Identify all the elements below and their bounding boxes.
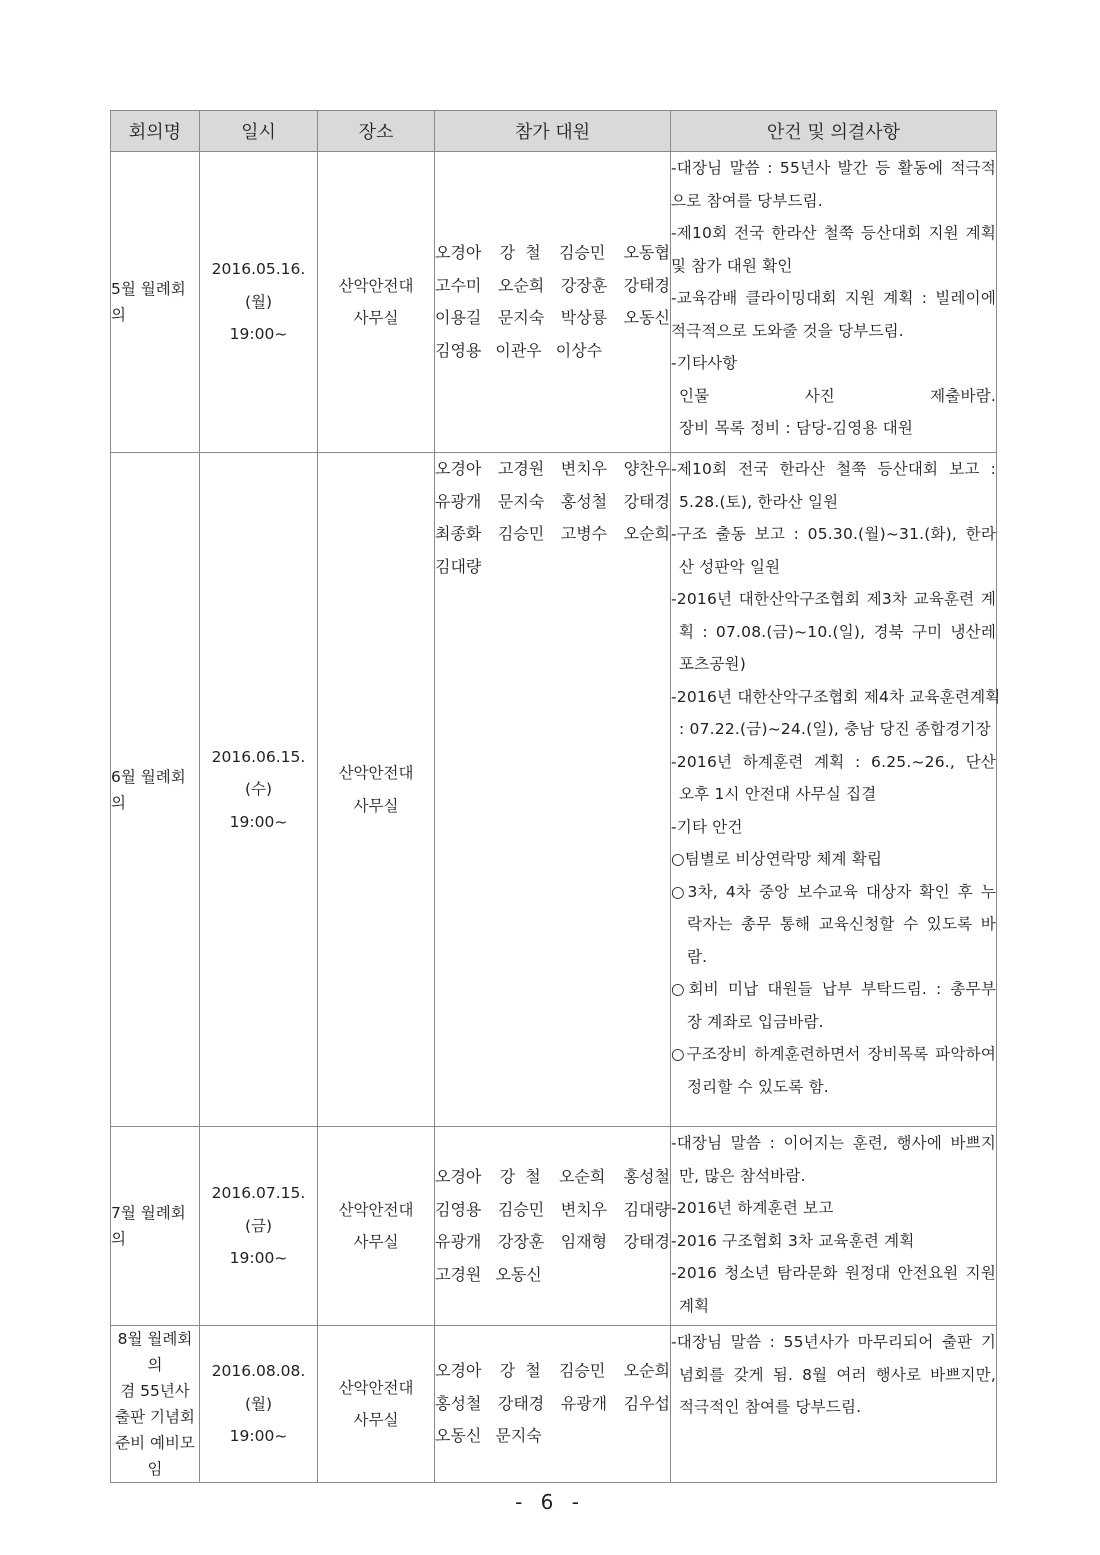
agenda-line: 5.28.(토), 한라산 일원 [671, 486, 996, 519]
agenda-line: -제10회 전국 한라산 철쭉 등산대회 보고 : [671, 453, 996, 486]
member-name: 최종화 [435, 518, 481, 551]
member-name: 이관우 [495, 335, 541, 368]
agenda-line: -2016 구조협회 3차 교육훈련 계획 [671, 1225, 996, 1258]
place-line: 산악안전대 [318, 1372, 434, 1405]
member-name: 홍성철 [435, 1388, 481, 1421]
members-cell: 오경아고경원변치우양찬우유광개문지숙홍성철강태경최종화김승민고병수오순희김대량 [435, 453, 671, 1127]
meeting-name-line: 5월 월례회의 [111, 276, 199, 328]
agenda-line: -대장님 말씀 : 이어지는 훈련, 행사에 바쁘지 [671, 1127, 996, 1160]
member-name: 김승민 [559, 237, 605, 270]
agenda-line: 락자는 총무 통해 교육신청할 수 있도록 바 [671, 908, 996, 941]
member-line: 오경아강 철김승민오동협 [435, 237, 670, 270]
member-name: 오경아 [435, 1355, 481, 1388]
member-name: 변치우 [561, 1194, 607, 1227]
member-name: 오경아 [435, 237, 481, 270]
header-members: 참가 대원 [435, 111, 671, 152]
meeting-name-cell: 7월 월례회의 [111, 1127, 200, 1326]
member-name: 오동신 [435, 1420, 481, 1453]
meeting-time: 19:00~ [200, 318, 317, 351]
member-name: 고수미 [435, 270, 481, 303]
members-cell: 오경아강 철김승민오동협고수미오순희강장훈강태경이용길문지숙박상룡오동신김영용이… [435, 152, 671, 453]
meeting-time: 19:00~ [200, 1242, 317, 1275]
member-name: 김대량 [624, 1194, 670, 1227]
place-line: 사무실 [318, 302, 434, 335]
member-name: 이용길 [435, 302, 481, 335]
member-line: 김영용이관우이상수 [435, 335, 670, 368]
member-name: 김승민 [498, 518, 544, 551]
member-name: 홍성철 [561, 486, 607, 519]
agenda-line: 포츠공원) [671, 648, 996, 681]
place-line: 사무실 [318, 1404, 434, 1437]
meeting-name-line: 겸 55년사 [111, 1378, 199, 1404]
page-number: - 6 - [0, 1490, 1100, 1514]
member-name: 오동신 [624, 302, 670, 335]
member-line: 김영용김승민변치우김대량 [435, 1194, 670, 1227]
member-name: 오경아 [435, 1161, 481, 1194]
member-name: 문지숙 [498, 486, 544, 519]
member-name: 이상수 [556, 335, 602, 368]
agenda-line: -기타 안건 [671, 811, 996, 844]
table-row: 5월 월례회의2016.05.16.(월)19:00~산악안전대사무실오경아강 … [111, 152, 997, 453]
member-name: 강태경 [624, 486, 670, 519]
member-name: 강태경 [498, 1388, 544, 1421]
member-line: 오동신문지숙 [435, 1420, 670, 1453]
member-name: 김영용 [435, 1194, 481, 1227]
member-name: 오순희 [498, 270, 544, 303]
place-cell: 산악안전대사무실 [318, 152, 435, 453]
member-name: 고경원 [498, 453, 544, 486]
datetime-cell: 2016.06.15.(수)19:00~ [200, 453, 318, 1127]
member-line: 김대량 [435, 551, 670, 584]
meeting-name-cell: 6월 월례회의 [111, 453, 200, 1127]
agenda-line: -교육감배 클라이밍대회 지원 계획 : 빌레이에 [671, 282, 996, 315]
table-header-row: 회의명 일시 장소 참가 대원 안건 및 의결사항 [111, 111, 997, 152]
agenda-cell: -대장님 말씀 : 55년사 발간 등 활동에 적극적으로 참여를 당부드림.-… [671, 152, 997, 453]
member-name: 변치우 [561, 453, 607, 486]
agenda-line: -대장님 말씀 : 55년사가 마무리되어 출판 기 [671, 1326, 996, 1359]
member-line: 오경아강 철오순희홍성철 [435, 1161, 670, 1194]
member-name: 강장훈 [561, 270, 607, 303]
member-name: 강 철 [500, 1355, 541, 1388]
member-name: 오경아 [435, 453, 481, 486]
member-name: 홍성철 [624, 1161, 670, 1194]
meeting-date: 2016.08.08.(월) [200, 1355, 317, 1420]
member-name: 강 철 [500, 1161, 541, 1194]
place-line: 사무실 [318, 790, 434, 823]
member-name: 김승민 [498, 1194, 544, 1227]
datetime-cell: 2016.08.08.(월)19:00~ [200, 1326, 318, 1483]
datetime-cell: 2016.05.16.(월)19:00~ [200, 152, 318, 453]
member-name: 유광개 [561, 1388, 607, 1421]
agenda-line: : 07.22.(금)~24.(일), 충남 당진 종합경기장 [671, 713, 996, 746]
agenda-line: 적극적으로 도와줄 것을 당부드림. [671, 315, 996, 348]
header-agenda: 안건 및 의결사항 [671, 111, 997, 152]
member-name: 고경원 [435, 1259, 481, 1292]
meeting-name-line: 준비 예비모임 [111, 1430, 199, 1482]
agenda-line: -기타사항 [671, 347, 996, 380]
agenda-line: -대장님 말씀 : 55년사 발간 등 활동에 적극적 [671, 152, 996, 185]
member-line: 최종화김승민고병수오순희 [435, 518, 670, 551]
agenda-line: 념회를 갖게 됨. 8월 여러 행사로 바쁘지만, [671, 1359, 996, 1392]
meeting-name-cell: 8월 월례회의겸 55년사출판 기념회준비 예비모임 [111, 1326, 200, 1483]
member-name: 강 철 [500, 237, 541, 270]
place-cell: 산악안전대사무실 [318, 1127, 435, 1326]
member-line: 고경원오동신 [435, 1259, 670, 1292]
member-name: 김우섭 [624, 1388, 670, 1421]
agenda-line: -2016년 하계훈련 계획 : 6.25.~26., 단산 [671, 746, 996, 779]
agenda-line: 계획 [671, 1290, 996, 1323]
place-cell: 산악안전대사무실 [318, 1326, 435, 1483]
meeting-date: 2016.05.16.(월) [200, 253, 317, 318]
member-name: 양찬우 [624, 453, 670, 486]
meeting-name-line: 8월 월례회의 [111, 1326, 199, 1378]
table-row: 7월 월례회의2016.07.15.(금)19:00~산악안전대사무실오경아강 … [111, 1127, 997, 1326]
agenda-line: 획 : 07.08.(금)~10.(일), 경북 구미 냉산레 [671, 616, 996, 649]
place-cell: 산악안전대사무실 [318, 453, 435, 1127]
member-name: 오순희 [559, 1161, 605, 1194]
agenda-line: -2016년 대한산악구조협회 제3차 교육훈련 계 [671, 583, 996, 616]
member-name: 김대량 [435, 551, 481, 584]
agenda-line: -2016년 하계훈련 보고 [671, 1192, 996, 1225]
member-name: 강장훈 [498, 1226, 544, 1259]
member-name: 고병수 [561, 518, 607, 551]
agenda-line: 적극적인 참여를 당부드림. [671, 1391, 996, 1424]
agenda-line: 장비 목록 정비 : 담당-김영용 대원 [671, 412, 996, 445]
member-line: 유광개문지숙홍성철강태경 [435, 486, 670, 519]
agenda-line: ○회비 미납 대원들 납부 부탁드림. : 총무부 [671, 973, 996, 1006]
header-place: 장소 [318, 111, 435, 152]
meeting-name-line: 출판 기념회 [111, 1404, 199, 1430]
agenda-line: ○팀별로 비상연락망 체계 확립 [671, 843, 996, 876]
member-line: 유광개강장훈임재형강태경 [435, 1226, 670, 1259]
member-line: 오경아강 철김승민오순희 [435, 1355, 670, 1388]
agenda-line: 인물 사진 제출바람. [671, 380, 996, 413]
meeting-name-cell: 5월 월례회의 [111, 152, 200, 453]
agenda-line: 으로 참여를 당부드림. [671, 185, 996, 218]
member-name: 임재형 [561, 1226, 607, 1259]
agenda-line: 산 성판악 일원 [671, 551, 996, 584]
agenda-cell: -대장님 말씀 : 55년사가 마무리되어 출판 기념회를 갖게 됨. 8월 여… [671, 1326, 997, 1483]
agenda-cell: -대장님 말씀 : 이어지는 훈련, 행사에 바쁘지만, 많은 참석바람.-20… [671, 1127, 997, 1326]
agenda-line: -2016 청소년 탐라문화 원정대 안전요원 지원 [671, 1257, 996, 1290]
agenda-line: -구조 출동 보고 : 05.30.(월)~31.(화), 한라 [671, 518, 996, 551]
table-row: 8월 월례회의겸 55년사출판 기념회준비 예비모임2016.08.08.(월)… [111, 1326, 997, 1483]
agenda-line: 오후 1시 안전대 사무실 집결 [671, 778, 996, 811]
agenda-line: -제10회 전국 한라산 철쭉 등산대회 지원 계획 [671, 217, 996, 250]
member-name: 오동신 [495, 1259, 541, 1292]
meeting-date: 2016.06.15.(수) [200, 741, 317, 806]
agenda-line: 정리할 수 있도록 함. [671, 1071, 996, 1104]
member-name: 박상룡 [561, 302, 607, 335]
member-name: 문지숙 [495, 1420, 541, 1453]
place-line: 산악안전대 [318, 270, 434, 303]
agenda-cell: -제10회 전국 한라산 철쭉 등산대회 보고 :5.28.(토), 한라산 일… [671, 453, 997, 1127]
meeting-time: 19:00~ [200, 806, 317, 839]
member-line: 이용길문지숙박상룡오동신 [435, 302, 670, 335]
member-name: 김승민 [559, 1355, 605, 1388]
meeting-date: 2016.07.15.(금) [200, 1177, 317, 1242]
member-name: 유광개 [435, 486, 481, 519]
member-name: 김영용 [435, 335, 481, 368]
place-line: 사무실 [318, 1226, 434, 1259]
members-cell: 오경아강 철오순희홍성철김영용김승민변치우김대량유광개강장훈임재형강태경고경원오… [435, 1127, 671, 1326]
header-datetime: 일시 [200, 111, 318, 152]
members-cell: 오경아강 철김승민오순희홍성철강태경유광개김우섭오동신문지숙 [435, 1326, 671, 1483]
header-meeting-name: 회의명 [111, 111, 200, 152]
meeting-name-line: 6월 월례회의 [111, 764, 199, 816]
member-line: 홍성철강태경유광개김우섭 [435, 1388, 670, 1421]
member-name: 유광개 [435, 1226, 481, 1259]
member-name: 문지숙 [498, 302, 544, 335]
meeting-time: 19:00~ [200, 1420, 317, 1453]
member-line: 오경아고경원변치우양찬우 [435, 453, 670, 486]
agenda-line: ○3차, 4차 중앙 보수교육 대상자 확인 후 누 [671, 876, 996, 909]
agenda-line: 람. [671, 941, 996, 974]
agenda-line: 및 참가 대원 확인 [671, 250, 996, 283]
document-page: 회의명 일시 장소 참가 대원 안건 및 의결사항 5월 월례회의2016.05… [0, 0, 1100, 1555]
place-line: 산악안전대 [318, 1194, 434, 1227]
member-line: 고수미오순희강장훈강태경 [435, 270, 670, 303]
member-name: 강태경 [624, 270, 670, 303]
table-row: 6월 월례회의2016.06.15.(수)19:00~산악안전대사무실오경아고경… [111, 453, 997, 1127]
member-name: 오순희 [624, 1355, 670, 1388]
agenda-line: 장 계좌로 입금바람. [671, 1006, 996, 1039]
member-name: 오순희 [624, 518, 670, 551]
place-line: 산악안전대 [318, 757, 434, 790]
agenda-line: -2016년 대한산악구조협회 제4차 교육훈련계획 [671, 681, 996, 714]
agenda-line: ○구조장비 하계훈련하면서 장비목록 파악하여 [671, 1038, 996, 1071]
meeting-minutes-table: 회의명 일시 장소 참가 대원 안건 및 의결사항 5월 월례회의2016.05… [110, 110, 997, 1483]
agenda-line: 만, 많은 참석바람. [671, 1160, 996, 1193]
meeting-name-line: 7월 월례회의 [111, 1200, 199, 1252]
datetime-cell: 2016.07.15.(금)19:00~ [200, 1127, 318, 1326]
member-name: 오동협 [624, 237, 670, 270]
member-name: 강태경 [624, 1226, 670, 1259]
